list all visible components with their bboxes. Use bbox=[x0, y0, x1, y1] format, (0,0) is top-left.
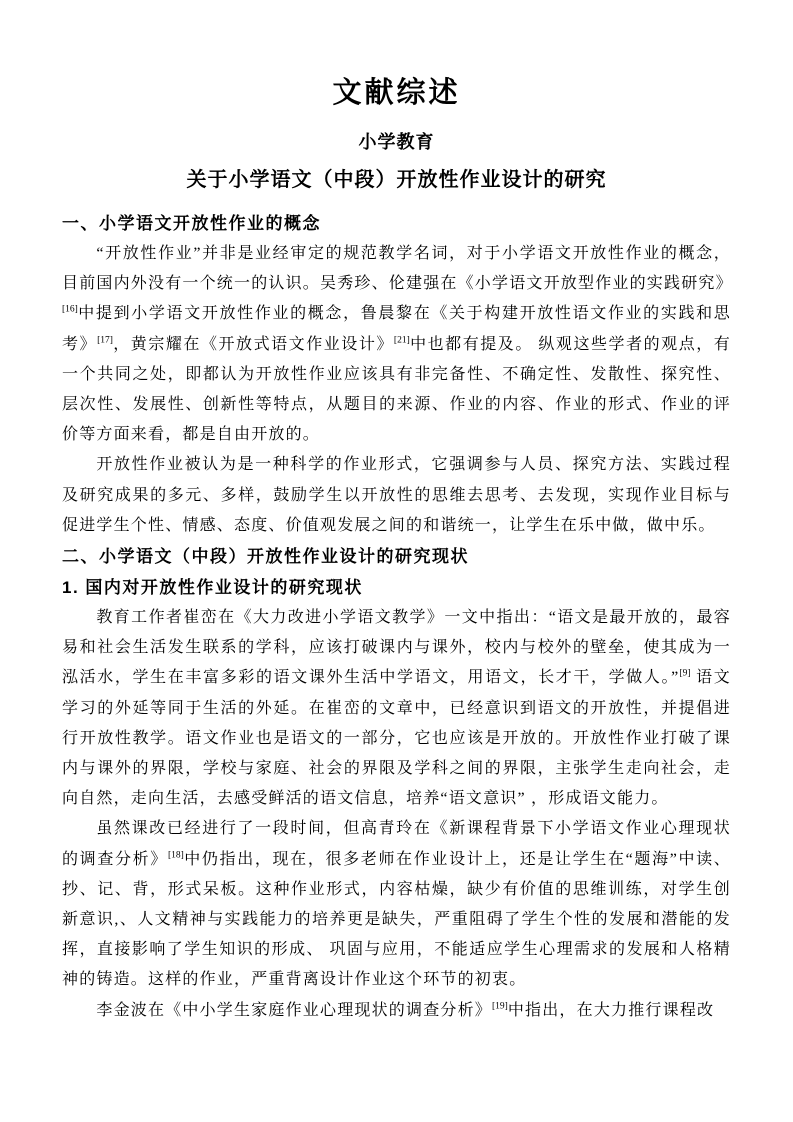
text-run: 中仍指出，现在，很多老师在作业设计上，还是让学生在“题海”中读、抄、记、背，形式… bbox=[62, 851, 731, 989]
document-title: 文献综述 bbox=[62, 74, 731, 112]
citation-ref: [9] bbox=[679, 669, 690, 679]
citation-ref: [18] bbox=[168, 850, 184, 860]
citation-ref: [19] bbox=[492, 1001, 508, 1011]
document-subtitle-topic: 关于小学语文（中段）开放性作业设计的研究 bbox=[62, 165, 731, 195]
subsection-heading-2-1: 1. 国内对开放性作业设计的研究现状 bbox=[62, 572, 731, 603]
paragraph-concept-2: 开放性作业被认为是一种科学的作业形式，它强调参与人员、探究方法、实践过程及研究成… bbox=[62, 450, 731, 541]
text-run: 教育工作者崔峦在《大力改进小学语文教学》一文中指出：“语文是最开放的，最容易和社… bbox=[62, 609, 731, 686]
section-heading-1: 一、小学语文开放性作业的概念 bbox=[62, 208, 731, 239]
paragraph-status-2: 虽然课改已经进行了一段时间，但高青玲在《新课程背景下小学语文作业心理现状的调查分… bbox=[62, 814, 731, 995]
text-run: “开放性作业”并非是业经审定的规范教学名词，对于小学语文开放性作业的概念，目前国… bbox=[62, 245, 733, 292]
citation-ref: [21] bbox=[394, 335, 410, 345]
citation-ref: [17] bbox=[97, 335, 113, 345]
document-subtitle-major: 小学教育 bbox=[62, 128, 731, 156]
section-heading-2: 二、小学语文（中段）开放性作业设计的研究现状 bbox=[62, 541, 731, 572]
text-run: 开放性作业被认为是一种科学的作业形式，它强调参与人员、探究方法、实践过程及研究成… bbox=[62, 456, 731, 533]
paragraph-status-3: 李金波在《中小学生家庭作业心理现状的调查分析》[19]中指出，在大力推行课程改 bbox=[62, 996, 731, 1026]
citation-ref: [16] bbox=[62, 305, 78, 315]
text-run: ，黄宗耀在《开放式语文作业设计》 bbox=[113, 336, 394, 353]
text-run: 语文学习的外延等同于生活的外延。在崔峦的文章中，已经意识到语文的开放性，并提倡进… bbox=[62, 669, 731, 807]
paragraph-concept-1: “开放性作业”并非是业经审定的规范教学名词，对于小学语文开放性作业的概念，目前国… bbox=[62, 239, 731, 450]
text-run: 中指出，在大力推行课程改 bbox=[508, 1002, 714, 1019]
document-page: 文献综述 小学教育 关于小学语文（中段）开放性作业设计的研究 一、小学语文开放性… bbox=[0, 0, 793, 1122]
paragraph-status-1: 教育工作者崔峦在《大力改进小学语文教学》一文中指出：“语文是最开放的，最容易和社… bbox=[62, 603, 731, 814]
text-run: 李金波在《中小学生家庭作业心理现状的调查分析》 bbox=[96, 1002, 492, 1019]
